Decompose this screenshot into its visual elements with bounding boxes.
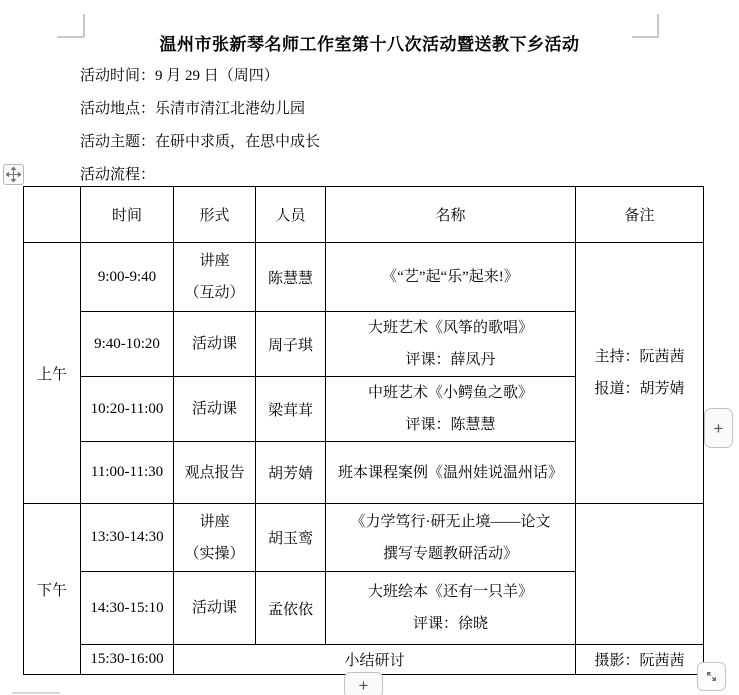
cell-person: 梁茸茸 — [256, 377, 326, 442]
add-row-button[interactable]: + — [344, 672, 383, 695]
table-resize-handle[interactable] — [697, 662, 726, 691]
table-row-summary: 15:30-16:00 小结研讨 摄影：阮茜茜 — [24, 645, 704, 675]
cell-form: 讲座 （互动） — [174, 243, 256, 312]
cell-form: 活动课 — [174, 377, 256, 442]
info-line-place: 活动地点：乐清市清江北港幼儿园 — [80, 97, 305, 118]
cell-name: 《力学笃行·研无止境——论文 撰写专题教研活动》 — [326, 504, 576, 572]
cell-name: 大班艺术《风筝的歌唱》 评课：薛凤丹 — [326, 312, 576, 377]
col-header-blank — [24, 187, 81, 243]
cell-person: 胡芳婧 — [256, 442, 326, 504]
cell-name: 中班艺术《小鳄鱼之歌》 评课：陈慧慧 — [326, 377, 576, 442]
cell-time: 9:00-9:40 — [81, 243, 174, 312]
schedule-table: 时间 形式 人员 名称 备注 上午 9:00-9:40 讲座 （互动） 陈慧慧 … — [23, 186, 704, 675]
cell-summary: 小结研讨 — [174, 645, 576, 675]
section-label-afternoon: 下午 — [24, 504, 81, 675]
cell-note-photo: 摄影：阮茜茜 — [576, 645, 704, 675]
col-header-time: 时间 — [81, 187, 174, 243]
cell-form: 活动课 — [174, 312, 256, 377]
cell-person: 陈慧慧 — [256, 243, 326, 312]
table-row: 下午 13:30-14:30 讲座 （实操） 胡玉鸾 《力学笃行·研无止境——论… — [24, 504, 704, 572]
plus-icon: + — [359, 677, 369, 694]
cell-form: 讲座 （实操） — [174, 504, 256, 572]
cell-form: 观点报告 — [174, 442, 256, 504]
plus-icon: + — [714, 420, 724, 437]
add-column-button[interactable]: + — [704, 408, 733, 448]
cell-note-morning: 主持：阮茜茜 报道：胡芳婧 — [576, 243, 704, 504]
info-line-theme: 活动主题：在研中求质，在思中成长 — [80, 130, 320, 151]
resize-icon — [703, 668, 720, 685]
table-row: 上午 9:00-9:40 讲座 （互动） 陈慧慧 《“艺”起“乐”起来!》 主持… — [24, 243, 704, 312]
cell-note-afternoon — [576, 504, 704, 645]
info-line-time: 活动时间：9 月 29 日（周四） — [80, 64, 279, 85]
cell-time: 14:30-15:10 — [81, 572, 174, 645]
cell-time: 9:40-10:20 — [81, 312, 174, 377]
cell-time: 11:00-11:30 — [81, 442, 174, 504]
cell-name: 大班绘本《还有一只羊》 评课：徐晓 — [326, 572, 576, 645]
cell-person: 胡玉鸾 — [256, 504, 326, 572]
info-line-process: 活动流程： — [80, 163, 155, 184]
cell-time: 15:30-16:00 — [81, 645, 174, 675]
col-header-person: 人员 — [256, 187, 326, 243]
doc-title: 温州市张新琴名师工作室第十八次活动暨送教下乡活动 — [0, 30, 739, 55]
cell-person: 孟依依 — [256, 572, 326, 645]
cell-time: 13:30-14:30 — [81, 504, 174, 572]
cell-name: 班本课程案例《温州娃说温州话》 — [326, 442, 576, 504]
col-header-name: 名称 — [326, 187, 576, 243]
table-header-row: 时间 形式 人员 名称 备注 — [24, 187, 704, 243]
cell-time: 10:20-11:00 — [81, 377, 174, 442]
table-move-handle[interactable] — [3, 164, 24, 185]
section-label-morning: 上午 — [24, 243, 81, 504]
col-header-form: 形式 — [174, 187, 256, 243]
crop-mark-bottom-left — [12, 692, 60, 694]
document-page: 温州市张新琴名师工作室第十八次活动暨送教下乡活动 活动时间：9 月 29 日（周… — [0, 0, 739, 695]
cell-name: 《“艺”起“乐”起来!》 — [326, 243, 576, 312]
cell-form: 活动课 — [174, 572, 256, 645]
col-header-note: 备注 — [576, 187, 704, 243]
move-icon — [6, 167, 21, 182]
cell-person: 周子琪 — [256, 312, 326, 377]
